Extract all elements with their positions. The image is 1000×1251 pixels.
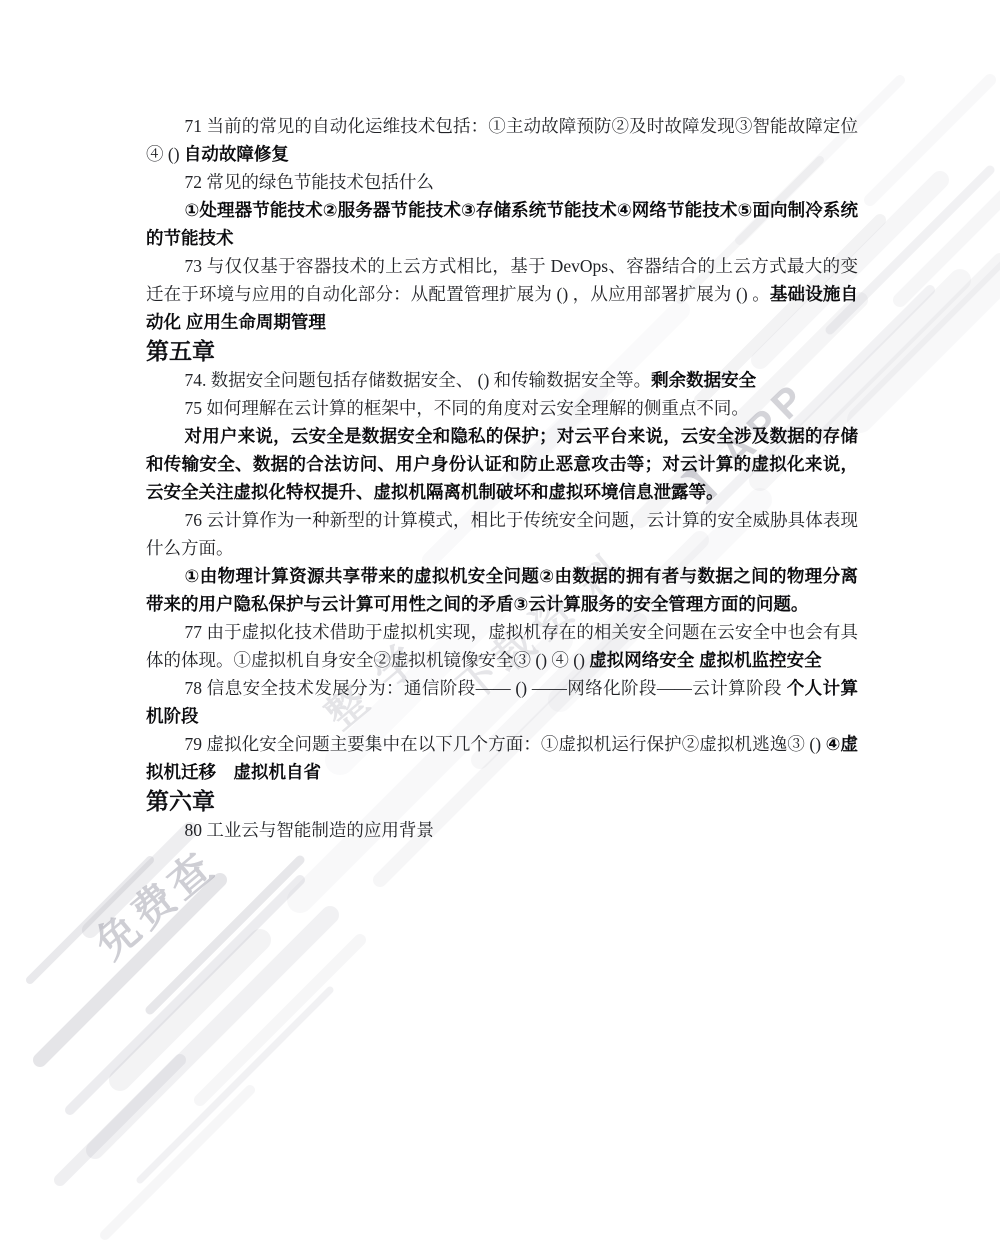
question-text: 76 云计算作为一种新型的计算模式，相比于传统安全问题，云计算的安全威胁具体表现…: [146, 510, 858, 558]
answer-text: 虚拟网络安全 虚拟机监控安全: [589, 650, 821, 670]
answer-72: ①处理器节能技术②服务器节能技术③存储系统节能技术④网络节能技术⑤面向制冷系统的…: [146, 196, 858, 252]
chapter-6-heading: 第六章: [146, 786, 858, 816]
question-text: 78 信息安全技术发展分为：通信阶段—— () ——网络化阶段——云计算阶段: [185, 678, 787, 698]
question-72: 72 常见的绿色节能技术包括什么: [146, 168, 858, 196]
question-73: 73 与仅仅基于容器技术的上云方式相比，基于 DevOps、容器结合的上云方式最…: [146, 252, 858, 336]
answer-text: 剩余数据安全: [651, 370, 756, 390]
answer-text: ①处理器节能技术②服务器节能技术③存储系统节能技术④网络节能技术⑤面向制冷系统的…: [146, 200, 858, 248]
question-74: 74. 数据安全问题包括存储数据安全、 () 和传输数据安全等。剩余数据安全: [146, 366, 858, 394]
question-text: 73 与仅仅基于容器技术的上云方式相比，基于 DevOps、容器结合的上云方式最…: [146, 256, 858, 304]
question-text: 75 如何理解在云计算的框架中，不同的角度对云安全理解的侧重点不同。: [185, 398, 749, 418]
question-text: 74. 数据安全问题包括存储数据安全、 () 和传输数据安全等。: [185, 370, 652, 390]
question-77: 77 由于虚拟化技术借助于虚拟机实现，虚拟机存在的相关安全问题在云安全中也会有具…: [146, 618, 858, 674]
watermark-text-fragment: 免费查: [81, 834, 228, 971]
question-80: 80 工业云与智能制造的应用背景: [146, 816, 858, 844]
answer-75: 对用户来说，云安全是数据安全和隐私的保护；对云平台来说，云安全涉及数据的存储和传…: [146, 422, 858, 506]
answer-text: 对用户来说，云安全是数据安全和隐私的保护；对云平台来说，云安全涉及数据的存储和传…: [146, 426, 858, 502]
question-79: 79 虚拟化安全问题主要集中在以下几个方面：①虚拟机运行保护②虚拟机逃逸③ ()…: [146, 730, 858, 786]
chapter-5-heading: 第五章: [146, 336, 858, 366]
question-text: 80 工业云与智能制造的应用背景: [185, 820, 434, 840]
answer-text: 第六章: [146, 788, 215, 814]
question-text: 72 常见的绿色节能技术包括什么: [185, 172, 434, 192]
question-76: 76 云计算作为一种新型的计算模式，相比于传统安全问题，云计算的安全威胁具体表现…: [146, 506, 858, 562]
question-71: 71 当前的常见的自动化运维技术包括：①主动故障预防②及时故障发现③智能故障定位…: [146, 112, 858, 168]
question-75: 75 如何理解在云计算的框架中，不同的角度对云安全理解的侧重点不同。: [146, 394, 858, 422]
question-78: 78 信息安全技术发展分为：通信阶段—— () ——网络化阶段——云计算阶段 个…: [146, 674, 858, 730]
document-page: 71 当前的常见的自动化运维技术包括：①主动故障预防②及时故障发现③智能故障定位…: [146, 112, 858, 844]
answer-text: 自动故障修复: [184, 144, 289, 164]
answer-text: ①由物理计算资源共享带来的虚拟机安全问题②由数据的拥有者与数据之间的物理分离带来…: [146, 566, 858, 614]
answer-76: ①由物理计算资源共享带来的虚拟机安全问题②由数据的拥有者与数据之间的物理分离带来…: [146, 562, 858, 618]
question-text: 79 虚拟化安全问题主要集中在以下几个方面：①虚拟机运行保护②虚拟机逃逸③ (): [185, 734, 826, 754]
answer-text: 第五章: [146, 338, 215, 364]
